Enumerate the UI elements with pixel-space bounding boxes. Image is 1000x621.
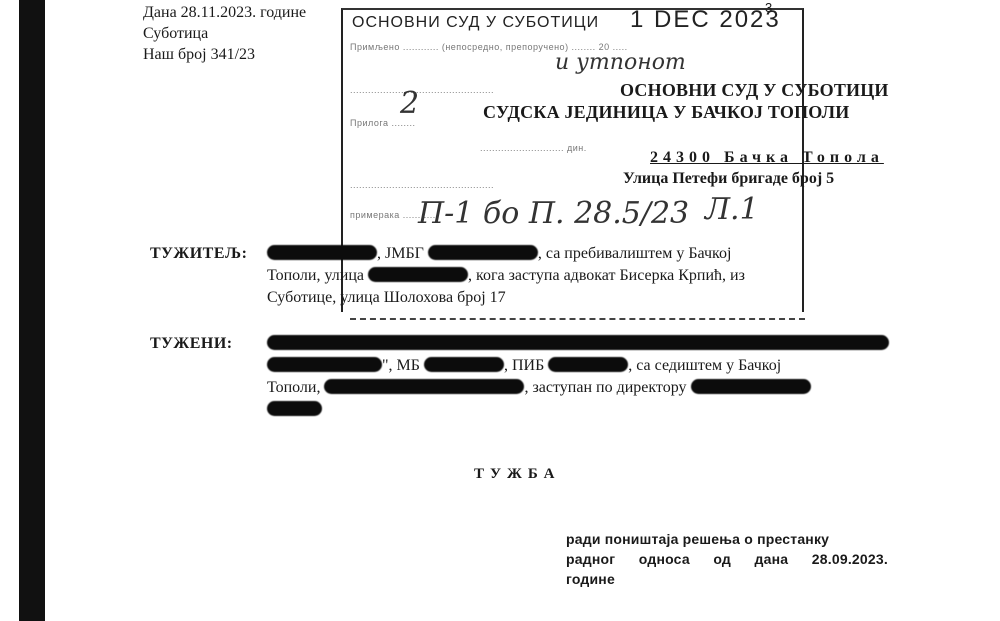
redacted-director-surname — [267, 401, 322, 416]
stamp-handwriting-top: и утпонот — [555, 50, 686, 75]
redacted-director-name — [691, 379, 811, 394]
document-title: ТУЖБА — [474, 466, 560, 483]
subject-line-2: радног односа од дана 28.09.2023. — [566, 549, 888, 569]
defendant-line-3: Тополи, , заступан по директору — [267, 377, 811, 399]
addressee-postal: 24300 Бачка Топола — [650, 149, 884, 167]
addressee-unit: СУДСКА ЈЕДИНИЦА У БАЧКОЈ ТОПОЛИ — [483, 102, 849, 123]
stamp-superscript: 3 — [765, 0, 772, 15]
redacted-mb — [424, 357, 504, 372]
stamp-handwritten-initials: Л.1 — [705, 192, 759, 227]
stamp-court-name: ОСНОВНИ СУД У СУБОТИЦИ — [352, 14, 599, 32]
date-line: Дана 28.11.2023. године — [143, 2, 306, 23]
subject-line-1: ради поништаја решења о престанку — [566, 529, 829, 549]
defendant-line-1 — [267, 333, 889, 355]
defendant-label: ТУЖЕНИ: — [150, 335, 233, 353]
stamp-line-fee: ............................ дин. — [480, 143, 587, 153]
plaintiff-line-1: , ЈМБГ , са пребивалиштем у Бачкој — [267, 243, 731, 265]
plaintiff-line-3: Суботице, улица Шолохова број 17 — [267, 287, 506, 309]
defendant-line-4 — [267, 399, 322, 421]
redacted-pib — [548, 357, 628, 372]
redacted-street — [368, 267, 468, 282]
redacted-name — [267, 245, 377, 260]
plaintiff-line-2: Тополи, улица , кога заступа адвокат Бис… — [267, 265, 745, 287]
addressee-street: Улица Петефи бригаде број 5 — [623, 170, 834, 188]
stamp-line-5: ........................................… — [350, 180, 494, 190]
redacted-address — [324, 379, 524, 394]
defendant-line-2: ", МБ , ПИБ , са седиштем у Бачкој — [267, 355, 781, 377]
redacted-company-short — [267, 357, 382, 372]
stamp-line-2: ........................................… — [350, 85, 494, 95]
stamp-received-date: 1 DEC 2023 — [630, 6, 781, 34]
redacted-jmbg — [428, 245, 538, 260]
stamp-handwritten-case-number: П-1 бо П. 28.5/23 — [418, 196, 689, 231]
reference-number: Наш број 341/23 — [143, 44, 255, 65]
stamp-handwriting-number: 2 — [400, 86, 419, 121]
subject-line-3: године — [566, 569, 615, 589]
plaintiff-label: ТУЖИТЕЉ: — [150, 245, 247, 263]
city-line: Суботица — [143, 23, 208, 44]
addressee-court: ОСНОВНИ СУД У СУБОТИЦИ — [620, 80, 889, 101]
redacted-company-name — [267, 335, 889, 350]
stamp-bottom-border — [350, 318, 805, 320]
scan-edge-bar — [19, 0, 45, 621]
